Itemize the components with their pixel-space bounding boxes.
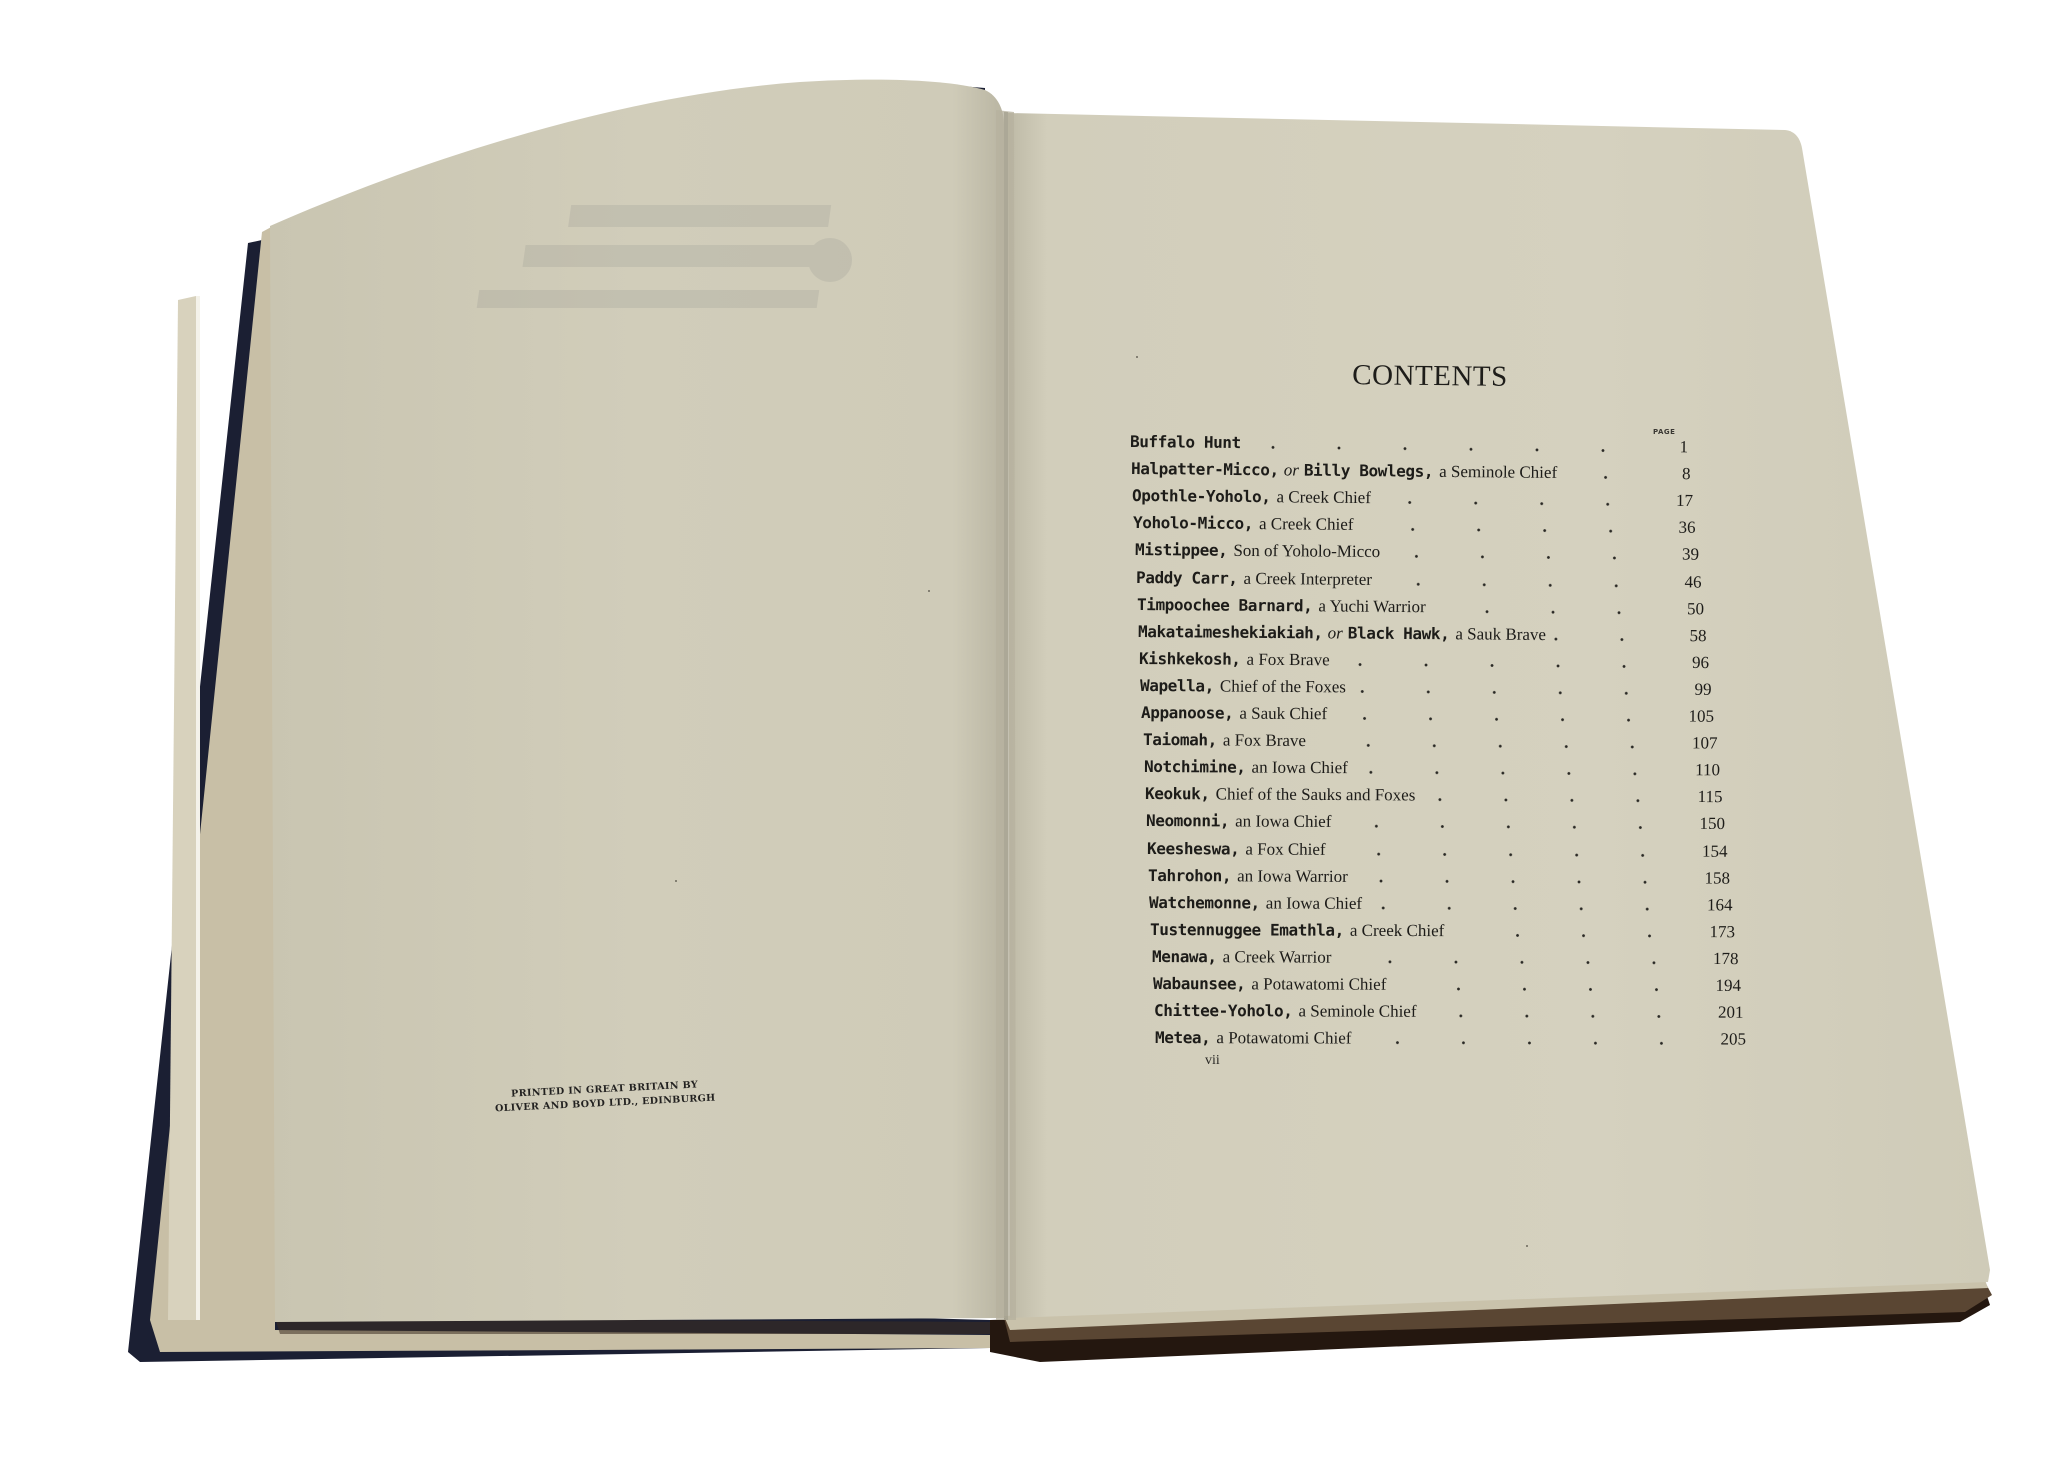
- toc-entry: Keokuk,Chief of the Sauks and Foxes115: [1145, 784, 1733, 811]
- entry-name: Paddy Carr,: [1136, 568, 1238, 588]
- entry-page-number: 105: [1674, 706, 1714, 726]
- entry-description: a Fox Brave: [1222, 731, 1305, 752]
- toc-entry: Tustennuggee Emathla,a Creek Chief173: [1150, 920, 1745, 946]
- entry-description: Chief of the Sauks and Foxes: [1215, 785, 1415, 806]
- paper-speck: [928, 590, 930, 592]
- entry-name: Keokuk,: [1145, 784, 1210, 803]
- dot-leader: [1338, 851, 1676, 857]
- toc-entry: Timpoochee Barnard,a Yuchi Warrior50: [1137, 595, 1714, 623]
- entry-page-number: 201: [1703, 1003, 1743, 1023]
- toc-entry: Metea,a Potawatomi Chief205: [1155, 1028, 1756, 1054]
- toc-entry: Wapella,Chief of the Foxes99: [1140, 676, 1722, 704]
- entry-page-number: 164: [1693, 895, 1733, 915]
- entry-page-number: 154: [1687, 841, 1727, 861]
- entry-name: Timpoochee Barnard,: [1137, 595, 1313, 615]
- book-illustration: [0, 0, 2048, 1463]
- entry-description: a Creek Chief: [1277, 487, 1372, 508]
- toc-entry: Chittee-Yoholo,a Seminole Chief201: [1154, 1001, 1754, 1027]
- dot-leader: [1384, 581, 1649, 587]
- entry-page-number: 96: [1669, 653, 1709, 673]
- entry-page-number: 158: [1690, 868, 1730, 888]
- entry-page-number: 17: [1653, 491, 1693, 511]
- dot-leader: [1560, 475, 1639, 480]
- dot-leader: [1342, 662, 1657, 668]
- dot-leader: [1358, 689, 1659, 695]
- entry-description: a Potawatomi Chief: [1251, 974, 1386, 994]
- entry-description: an Iowa Chief: [1235, 812, 1331, 832]
- dot-leader: [1375, 906, 1681, 911]
- paper-speck: [1136, 356, 1138, 358]
- entry-page-number: 8: [1651, 464, 1691, 484]
- entry-description: a Fox Brave: [1247, 650, 1330, 671]
- dot-leader: [1457, 933, 1684, 938]
- dot-leader: [1364, 1041, 1694, 1046]
- entry-description: a Seminole Chief: [1298, 1002, 1416, 1022]
- entry-page-number: 194: [1701, 976, 1741, 996]
- open-book-photo: PRINTED IN GREAT BRITAIN BY OLIVER AND B…: [0, 0, 2048, 1463]
- dot-leader: [1360, 879, 1678, 884]
- toc-entry: Neomonni,an Iowa Chief150: [1146, 811, 1735, 838]
- entry-description: a Yuchi Warrior: [1318, 596, 1425, 617]
- entry-alt-name: Black Hawk,: [1348, 623, 1450, 643]
- dot-leader: [1383, 500, 1641, 506]
- toc-entry: Kishkekosh,a Fox Brave96: [1139, 649, 1719, 677]
- toc-entry: Watchemonne,an Iowa Chief164: [1149, 893, 1743, 919]
- entry-name: Neomonni,: [1146, 811, 1229, 830]
- entry-page-number: 150: [1685, 814, 1725, 834]
- entry-name: Metea,: [1155, 1028, 1210, 1047]
- dot-leader: [1340, 716, 1663, 722]
- toc-entry: Wabaunsee,a Potawatomi Chief194: [1153, 974, 1751, 1000]
- page-column-label: PAGE: [1653, 428, 1675, 436]
- dot-leader: [1343, 960, 1686, 965]
- entry-description: a Fox Chief: [1245, 839, 1325, 859]
- dot-leader: [1428, 1014, 1691, 1019]
- entry-name: Mistippee,: [1134, 540, 1226, 560]
- toc-entry: Taiomah,a Fox Brave107: [1142, 730, 1727, 758]
- entry-name: Keesheswa,: [1147, 839, 1239, 858]
- entry-description: a Creek Chief: [1259, 514, 1354, 535]
- entry-name: Tahrohon,: [1148, 866, 1231, 885]
- entry-name: Halpatter-Micco,: [1131, 459, 1279, 479]
- entry-description: a Sauk Chief: [1240, 704, 1328, 725]
- toc-entry: Menawa,a Creek Warrior178: [1152, 947, 1749, 973]
- dot-leader: [1438, 609, 1652, 615]
- entry-name: Taiomah,: [1142, 730, 1216, 749]
- entry-page-number: 50: [1664, 599, 1704, 619]
- entry-conjunction: or: [1284, 461, 1299, 481]
- entry-page-number: 1: [1648, 437, 1688, 457]
- entry-description: an Iowa Chief: [1266, 893, 1362, 913]
- entry-name: Tustennuggee Emathla,: [1150, 920, 1344, 940]
- contents-heading: CONTENTS: [1320, 359, 1540, 394]
- dot-leader: [1366, 527, 1644, 533]
- entry-conjunction: or: [1328, 623, 1343, 643]
- entry-description: an Iowa Warrior: [1237, 866, 1348, 887]
- page-folio: vii: [1205, 1053, 1220, 1069]
- entry-description: an Iowa Chief: [1251, 758, 1347, 779]
- entry-page-number: 58: [1666, 626, 1706, 646]
- entry-description: Son of Yoholo-Micco: [1233, 541, 1380, 562]
- toc-entry: Paddy Carr,a Creek Interpreter46: [1136, 568, 1712, 597]
- entry-alt-name: Billy Bowlegs,: [1304, 461, 1433, 481]
- entry-name: Chittee-Yoholo,: [1154, 1001, 1293, 1020]
- entry-description: a Creek Interpreter: [1243, 568, 1372, 589]
- entry-description: a Sauk Brave: [1455, 624, 1546, 645]
- entry-name: Wapella,: [1140, 676, 1214, 695]
- entry-page-number: 46: [1661, 572, 1701, 592]
- entry-description: Chief of the Foxes: [1220, 676, 1346, 697]
- entry-description: a Creek Warrior: [1222, 947, 1331, 967]
- entry-name: Notchimine,: [1144, 757, 1246, 777]
- toc-entry: Makataimeshekiakiah,orBlack Hawk,a Sauk …: [1138, 622, 1717, 650]
- dot-leader: [1318, 743, 1665, 749]
- toc-entry: Keesheswa,a Fox Chief154: [1147, 839, 1738, 866]
- dot-leader: [1360, 770, 1668, 776]
- entry-name: Wabaunsee,: [1153, 974, 1245, 993]
- dot-leader: [1548, 637, 1654, 642]
- entry-name: Buffalo Hunt: [1130, 432, 1241, 452]
- entry-name: Watchemonne,: [1149, 893, 1260, 912]
- entry-page-number: 115: [1682, 787, 1722, 807]
- toc-entry: Tahrohon,an Iowa Warrior158: [1148, 866, 1740, 893]
- dot-leader: [1259, 445, 1636, 453]
- entry-page-number: 39: [1658, 545, 1698, 565]
- dot-leader: [1343, 824, 1672, 830]
- entry-page-number: 107: [1677, 733, 1717, 753]
- entry-name: Kishkekosh,: [1139, 649, 1241, 669]
- entry-page-number: 173: [1695, 922, 1735, 942]
- dot-leader: [1427, 798, 1670, 803]
- entry-name: Makataimeshekiakiah,: [1138, 622, 1323, 642]
- toc-entry: Notchimine,an Iowa Chief110: [1144, 757, 1730, 784]
- paper-speck: [675, 880, 677, 882]
- dot-leader: [1398, 987, 1688, 992]
- entry-page-number: 205: [1706, 1030, 1746, 1050]
- toc-entry: Appanoose,a Sauk Chief105: [1141, 703, 1724, 731]
- entry-name: Appanoose,: [1141, 703, 1233, 723]
- entry-page-number: 36: [1656, 518, 1696, 538]
- entry-description: a Creek Chief: [1350, 921, 1444, 941]
- entry-description: a Potawatomi Chief: [1216, 1028, 1351, 1048]
- entry-description: a Seminole Chief: [1439, 462, 1557, 483]
- entry-page-number: 99: [1672, 679, 1712, 699]
- entry-name: Yoholo-Micco,: [1133, 513, 1253, 533]
- entry-page-number: 110: [1680, 760, 1720, 780]
- entry-name: Menawa,: [1152, 947, 1217, 966]
- paper-speck: [1526, 1245, 1528, 1247]
- entry-page-number: 178: [1698, 949, 1738, 969]
- dot-leader: [1392, 555, 1646, 561]
- entry-name: Opothle-Yoholo,: [1132, 486, 1271, 506]
